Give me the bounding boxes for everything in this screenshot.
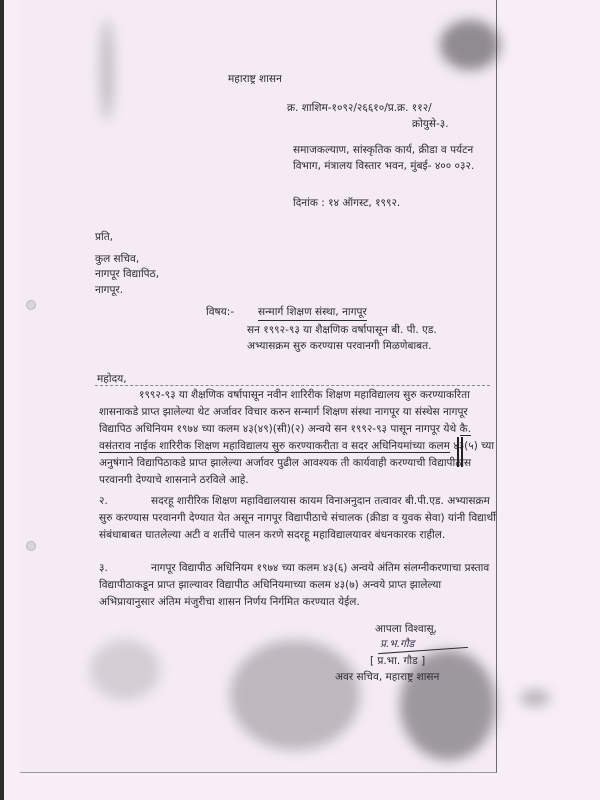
paragraph-2: २.सदरहू शारीरिक शिक्षण महाविद्यालयास काय… bbox=[99, 493, 499, 544]
paragraph-2-text: सदरहू शारीरिक शिक्षण महाविद्यालयास कायम … bbox=[99, 495, 496, 541]
scan-smudge bbox=[230, 640, 360, 750]
paragraph-1-text: १९९२-९३ या शैक्षणिक वर्षापासून नवीन शारि… bbox=[99, 389, 470, 435]
subject-title: सन्मार्ग शिक्षण संस्था, नागपूर bbox=[258, 305, 367, 321]
scan-smudge bbox=[440, 20, 500, 70]
recipient-block: प्रति, कुल सचिव, नागपूर विद्यापिठ, नागपू… bbox=[95, 230, 159, 298]
recipient-org: नागपूर विद्यापिठ, bbox=[95, 267, 159, 283]
signatory-designation: अवर सचिव, महाराष्ट्र शासन bbox=[335, 670, 439, 685]
paragraph-2-number: २. bbox=[99, 493, 151, 510]
signatory-name: [ प्र.भा. गौड ] bbox=[370, 654, 425, 669]
letter-date: दिनांक : १४ ऑगस्ट, १९९२. bbox=[293, 196, 400, 211]
reference-number: क्र. शाशिम-१०९२/२६६१०/प्र.क्र. ११२/ bbox=[287, 101, 432, 116]
paragraph-3-number: ३. bbox=[99, 560, 151, 577]
margin-mark bbox=[457, 437, 463, 467]
subject-description: सन १९९२-९३ या शैक्षणिक वर्षापासून बी. पी… bbox=[247, 323, 437, 354]
subject-label: विषय:- bbox=[206, 305, 234, 320]
recipient-prefix: प्रति, bbox=[95, 230, 159, 246]
scan-smudge bbox=[520, 690, 550, 706]
signature: प्र.भ.गौड bbox=[380, 637, 414, 652]
reference-number-cont: क्रोयुसे-३. bbox=[412, 117, 449, 132]
issuer-heading: महाराष्ट्र शासन bbox=[228, 72, 282, 87]
scan-edge bbox=[0, 0, 4, 800]
recipient-city: नागपूर. bbox=[95, 283, 159, 299]
department-address: समाजकल्याण, सांस्कृतिक कार्य, क्रीडा व प… bbox=[293, 143, 493, 174]
paragraph-3-text: नागपूर विद्यापीठ अधिनियम १९७४ च्या कलम ४… bbox=[99, 562, 489, 608]
recipient-title: कुल सचिव, bbox=[95, 252, 159, 268]
subject-line-1: सन १९९२-९३ या शैक्षणिक वर्षापासून बी. पी… bbox=[247, 323, 437, 339]
closing: आपला विश्वासू, bbox=[375, 622, 437, 637]
divider bbox=[95, 385, 490, 386]
subject-line-2: अभ्यासक्रम सुरु करण्यास परवानगी मिळणेबाब… bbox=[247, 339, 437, 355]
punch-hole bbox=[26, 541, 36, 551]
date-value: १४ ऑगस्ट, १९९२. bbox=[328, 197, 400, 209]
paragraph-3: ३.नागपूर विद्यापीठ अधिनियम १९७४ च्या कलम… bbox=[99, 560, 499, 611]
date-label: दिनांक : bbox=[293, 197, 325, 209]
punch-hole bbox=[26, 300, 36, 310]
scan-smudge bbox=[90, 640, 160, 700]
paragraph-1: १९९२-९३ या शैक्षणिक वर्षापासून नवीन शारि… bbox=[99, 387, 499, 489]
scan-smudge bbox=[100, 20, 114, 120]
